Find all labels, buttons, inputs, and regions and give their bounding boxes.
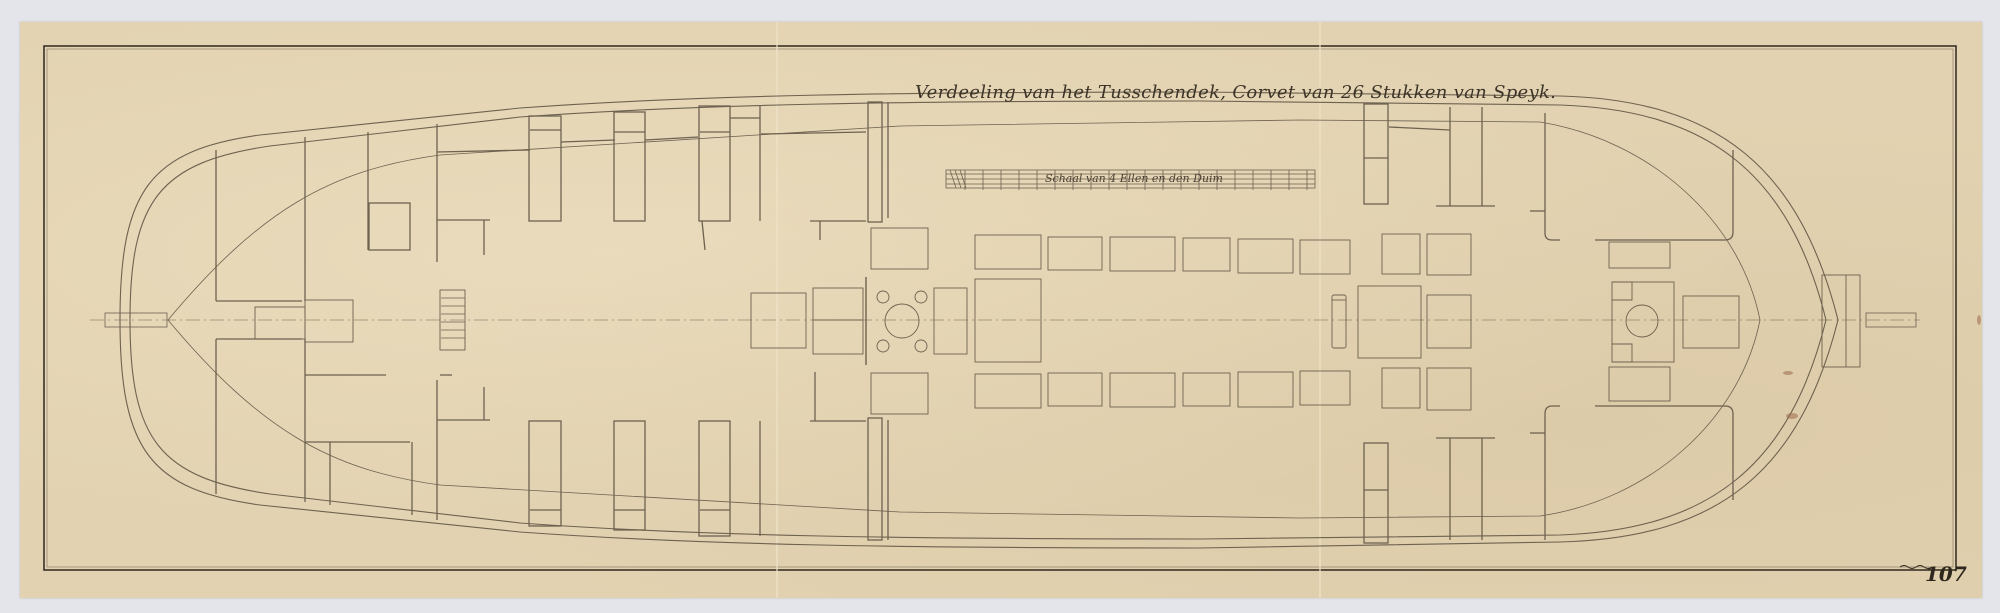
sheet-number: 107	[1925, 562, 1967, 586]
cabins-lower	[216, 339, 1733, 543]
cabins-upper	[216, 102, 1733, 301]
stern-fittings	[1609, 242, 1860, 401]
hull-outline	[90, 92, 1920, 548]
drawing-title: Verdeeling van het Tusschendek, Corvet v…	[915, 82, 1556, 103]
hatches	[751, 228, 1471, 414]
scale-label: Schaal van 4 Ellen en den Duim	[1045, 172, 1223, 185]
drawing-sheet: Verdeeling van het Tusschendek, Corvet v…	[20, 22, 1982, 598]
deck-plan-drawing	[20, 22, 1982, 598]
